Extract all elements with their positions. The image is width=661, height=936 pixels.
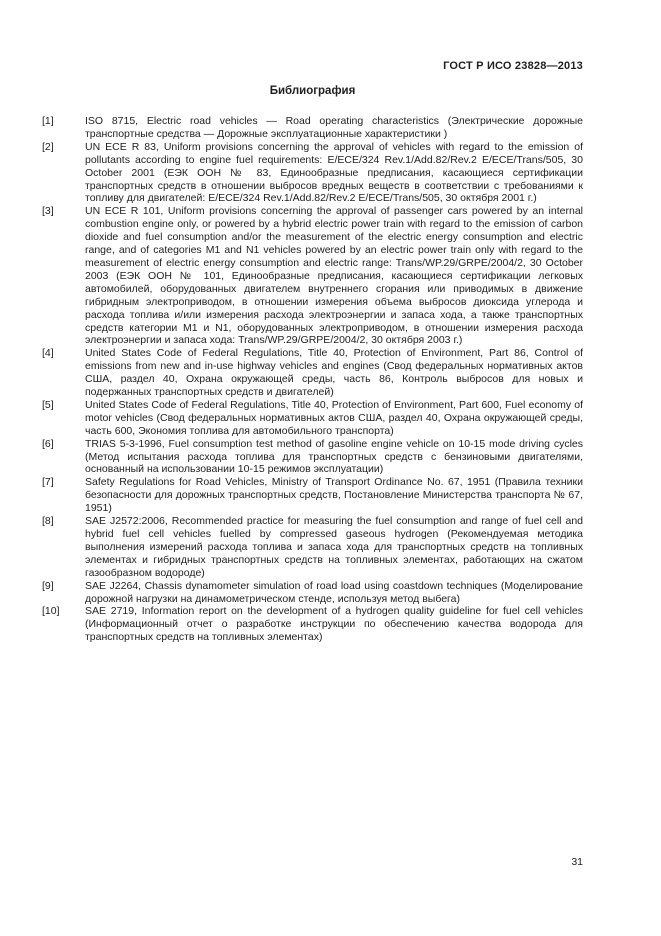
entry-number: [3] bbox=[42, 205, 85, 347]
entry-number: [6] bbox=[42, 438, 85, 477]
entry-text: United States Code of Federal Regulation… bbox=[85, 347, 583, 399]
bibliography-entry: [8]SAE J2572:2006, Recommended practice … bbox=[42, 515, 583, 580]
document-page: ГОСТ Р ИСО 23828—2013 Библиография [1]IS… bbox=[0, 0, 661, 936]
entry-number: [1] bbox=[42, 115, 85, 141]
bibliography-entry: [2]UN ECE R 83, Uniform provisions conce… bbox=[42, 141, 583, 206]
bibliography-entry: [3]UN ECE R 101, Uniform provisions conc… bbox=[42, 205, 583, 347]
entry-number: [5] bbox=[42, 399, 85, 438]
entry-number: [2] bbox=[42, 141, 85, 206]
bibliography-entry: [5]United States Code of Federal Regulat… bbox=[42, 399, 583, 438]
entry-text: ISO 8715, Electric road vehicles — Road … bbox=[85, 115, 583, 141]
bibliography-list: [1]ISO 8715, Electric road vehicles — Ro… bbox=[42, 115, 583, 644]
bibliography-entry: [7]Safety Regulations for Road Vehicles,… bbox=[42, 476, 583, 515]
entry-number: [7] bbox=[42, 476, 85, 515]
entry-text: TRIAS 5-3-1996, Fuel consumption test me… bbox=[85, 438, 583, 477]
page-number: 31 bbox=[571, 856, 583, 869]
entry-number: [4] bbox=[42, 347, 85, 399]
bibliography-entry: [9]SAE J2264, Chassis dynamometer simula… bbox=[42, 580, 583, 606]
entry-text: SAE 2719, Information report on the deve… bbox=[85, 605, 583, 644]
entry-text: UN ECE R 101, Uniform provisions concern… bbox=[85, 205, 583, 347]
bibliography-entry: [4]United States Code of Federal Regulat… bbox=[42, 347, 583, 399]
entry-text: United States Code of Federal Regulation… bbox=[85, 399, 583, 438]
entry-text: SAE J2572:2006, Recommended practice for… bbox=[85, 515, 583, 580]
page-title: Библиография bbox=[42, 85, 583, 98]
entry-text: SAE J2264, Chassis dynamometer simulatio… bbox=[85, 580, 583, 606]
bibliography-entry: [6]TRIAS 5-3-1996, Fuel consumption test… bbox=[42, 438, 583, 477]
entry-number: [8] bbox=[42, 515, 85, 580]
entry-number: [9] bbox=[42, 580, 85, 606]
entry-number: [10] bbox=[42, 605, 85, 644]
entry-text: UN ECE R 83, Uniform provisions concerni… bbox=[85, 141, 583, 206]
bibliography-entry: [10]SAE 2719, Information report on the … bbox=[42, 605, 583, 644]
bibliography-entry: [1]ISO 8715, Electric road vehicles — Ro… bbox=[42, 115, 583, 141]
entry-text: Safety Regulations for Road Vehicles, Mi… bbox=[85, 476, 583, 515]
document-code-header: ГОСТ Р ИСО 23828—2013 bbox=[42, 60, 583, 73]
